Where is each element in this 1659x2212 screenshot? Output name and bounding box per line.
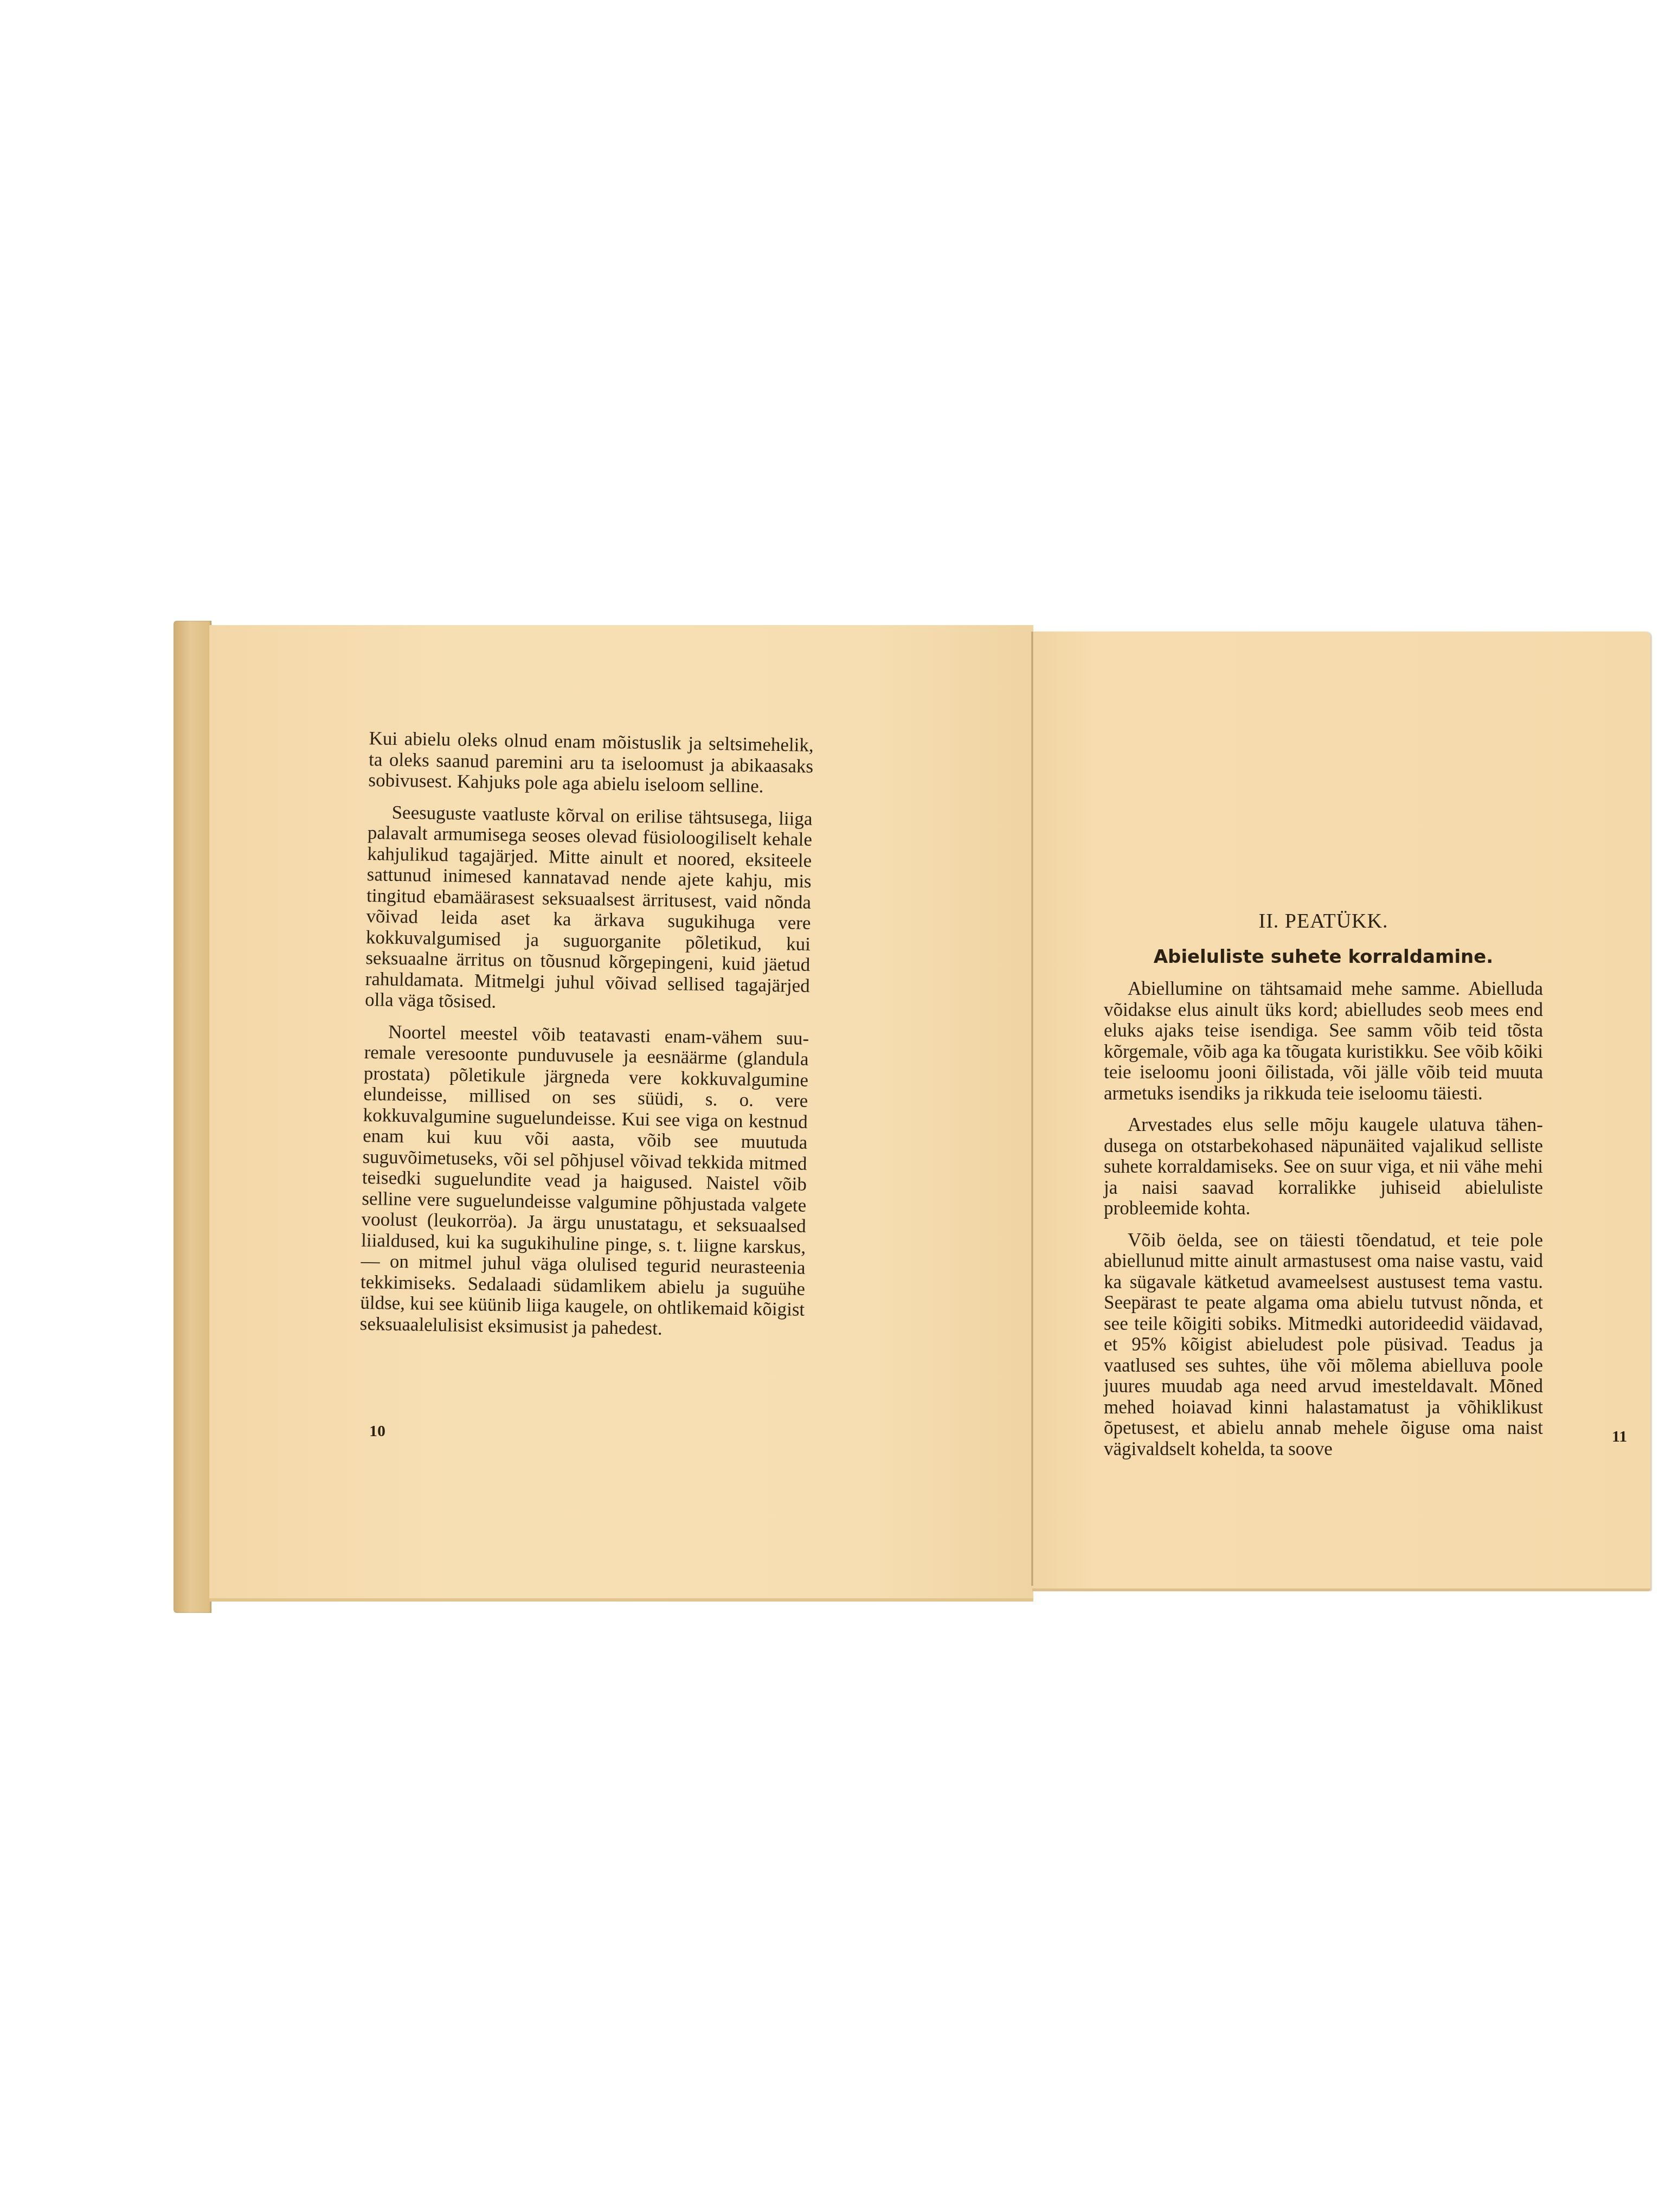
page-number-right: 11 (1612, 1427, 1627, 1446)
page-number-left: 10 (369, 1422, 385, 1441)
left-page: Kui abielu oleks olnud enam mõistuslik j… (209, 625, 1033, 1602)
paragraph: Võib öelda, see on täiesti tõendatud, et… (1104, 1230, 1543, 1460)
paragraph: Abiellumine on tähtsamaid mehe samme. Ab… (1104, 979, 1543, 1104)
paragraph: Kui abielu oleks olnud enam mõistuslik j… (368, 728, 814, 798)
right-page-body: Abiellumine on tähtsamaid mehe samme. Ab… (1104, 979, 1543, 1470)
open-book: Kui abielu oleks olnud enam mõistuslik j… (173, 621, 1486, 1613)
right-page: II. PEATÜKK. Abieluliste suhete korralda… (1032, 632, 1650, 1591)
chapter-title: Abieluliste suhete korraldamine. (1104, 946, 1543, 968)
chapter-number: II. PEATÜKK. (1104, 909, 1543, 933)
paragraph: Noortel meestel võib teatavasti enam-väh… (359, 1021, 809, 1341)
book-cover-edge (173, 621, 211, 1613)
book-gutter (1031, 632, 1033, 1586)
paragraph: Arvestades elus selle mõju kaugele ulatu… (1104, 1115, 1543, 1219)
left-page-body: Kui abielu oleks olnud enam mõistuslik j… (359, 728, 814, 1352)
paragraph: Seesuguste vaatluste kõrval on erilise t… (365, 801, 813, 1017)
